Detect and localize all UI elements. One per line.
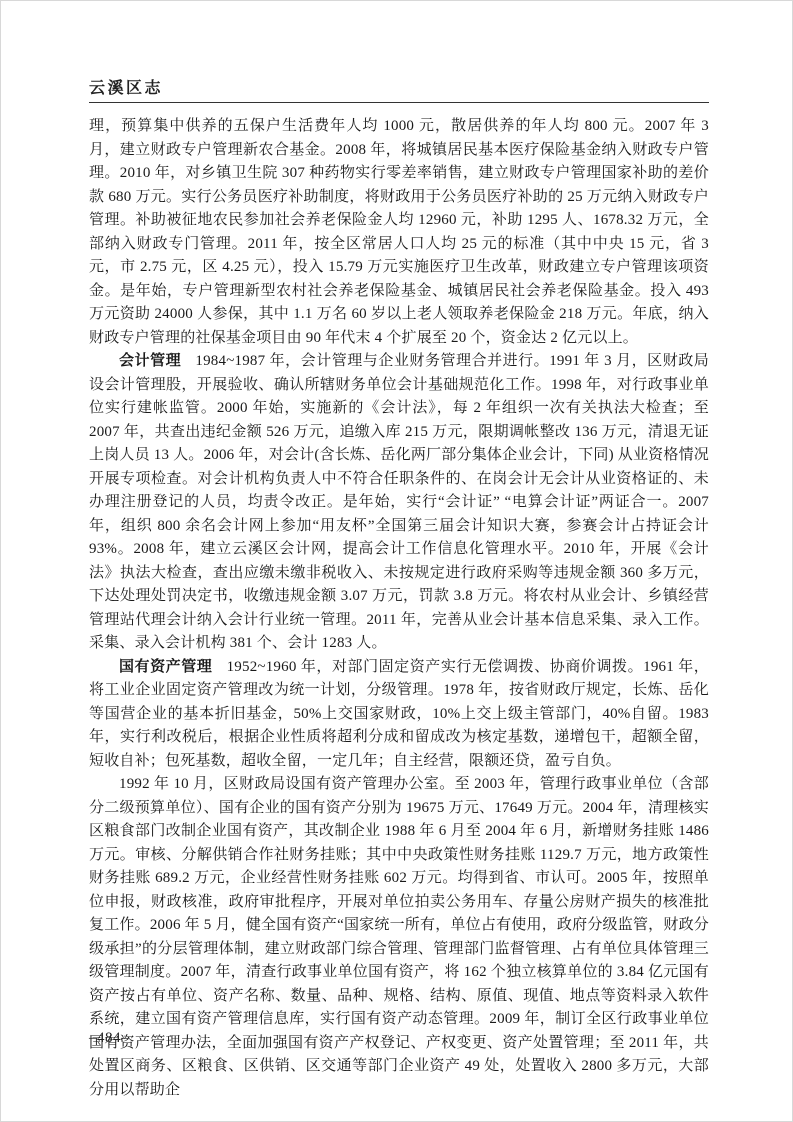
- document-page: 云溪区志 理，预算集中供养的五保户生活费年人均 1000 元，散居供养的年人均 …: [0, 0, 793, 1122]
- paragraph-state-assets-office: 1992 年 10 月，区财政局设国有资产管理办公室。至 2003 年，管理行政…: [89, 773, 709, 1102]
- paragraph-text: 1984~1987 年，会计管理与企业财务管理合并进行。1991 年 3 月，区…: [89, 353, 709, 651]
- section-heading-accounting: 会计管理: [119, 353, 195, 369]
- paragraph-state-assets-management: 国有资产管理1952~1960 年，对部门固定资产实行无偿调拨、协商价调拨。19…: [89, 656, 709, 774]
- paragraph-text: 1952~1960 年，对部门固定资产实行无偿调拨、协商价调拨。1961 年，将…: [89, 659, 709, 769]
- paragraph-text: 1992 年 10 月，区财政局设国有资产管理办公室。至 2003 年，管理行政…: [89, 776, 709, 1098]
- header-divider: [89, 102, 709, 103]
- paragraph-fiscal-accounts: 理，预算集中供养的五保户生活费年人均 1000 元，散居供养的年人均 800 元…: [89, 115, 709, 350]
- page-number: –484–: [89, 1030, 129, 1047]
- section-heading-state-assets: 国有资产管理: [119, 659, 227, 675]
- running-head-title: 云溪区志: [89, 75, 163, 98]
- paragraph-accounting-management: 会计管理1984~1987 年，会计管理与企业财务管理合并进行。1991 年 3…: [89, 350, 709, 656]
- paragraph-text: 理，预算集中供养的五保户生活费年人均 1000 元，散居供养的年人均 800 元…: [89, 118, 709, 346]
- page-body: 理，预算集中供养的五保户生活费年人均 1000 元，散居供养的年人均 800 元…: [89, 115, 709, 1102]
